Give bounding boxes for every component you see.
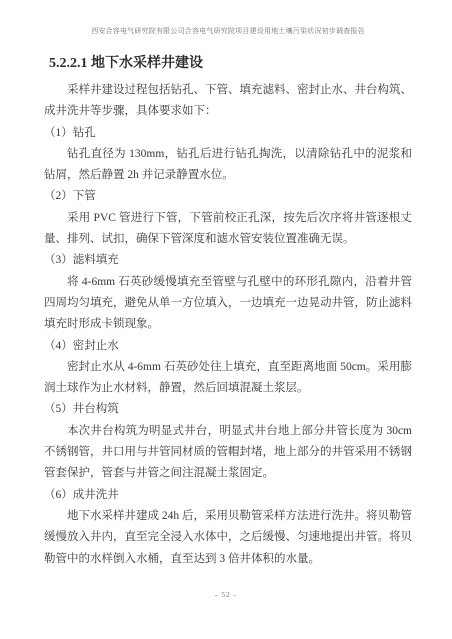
list-item-heading: （3）滤料填充 — [44, 250, 412, 271]
list-item-heading: （4）密封止水 — [44, 336, 412, 357]
paragraph: 本次井台构筑为明显式井台，明显式井台地上部分井管长度为 30cm 不锈钢管，井口… — [44, 421, 412, 485]
section-heading: 5.2.2.1 地下水采样井建设 — [49, 55, 412, 73]
paragraph: 将 4-6mm 石英砂缓慢填充至管壁与孔壁中的环形孔隙内，沿着井管四周均匀填充，… — [44, 272, 412, 336]
paragraph: 地下水采样井建成 24h 后，采用贝勒管采样方法进行洗井。将贝勒管缓慢放入井内，… — [44, 506, 412, 570]
page-number: - 52 - — [0, 590, 452, 599]
list-item-heading: （5）井台构筑 — [44, 399, 412, 420]
paragraph: 钻孔直径为 130mm，钻孔后进行钻孔掏洗，以清除钻孔中的泥浆和钻屑，然后静置 … — [44, 144, 412, 187]
running-header: 西安合容电气研究院有限公司合容电气研究院项目建设用地土壤污染状况初步调查报告 — [44, 26, 412, 36]
paragraph: 密封止水从 4-6mm 石英砂处往上填充，直至距离地面 50cm。采用膨润土球作… — [44, 357, 412, 400]
list-item-heading: （1）钻孔 — [44, 123, 412, 144]
paragraph: 采用 PVC 管进行下管，下管前校正孔深，按先后次序将井管逐根丈量、排列、试扣，… — [44, 208, 412, 251]
document-page: 西安合容电气研究院有限公司合容电气研究院项目建设用地土壤污染状况初步调查报告 5… — [0, 0, 452, 639]
paragraph: 采样井建设过程包括钻孔、下管、填充滤料、密封止水、井台构筑、成井洗井等步骤，具体… — [44, 80, 412, 123]
document-body: 采样井建设过程包括钻孔、下管、填充滤料、密封止水、井台构筑、成井洗井等步骤，具体… — [44, 80, 412, 570]
list-item-heading: （2）下管 — [44, 186, 412, 207]
list-item-heading: （6）成井洗井 — [44, 485, 412, 506]
